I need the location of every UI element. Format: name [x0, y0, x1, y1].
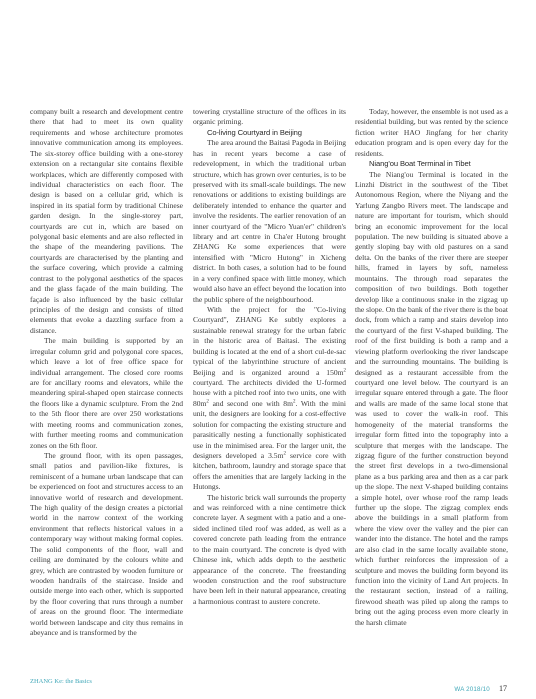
paragraph: The area around the Baitasi Pagoda in Be… [193, 138, 346, 305]
text-column-right: Today, however, the ensemble is not used… [355, 107, 508, 628]
running-footer-title: ZHANG Ke: the Basics [30, 678, 92, 685]
text-column-middle: towering crystalline structure of the of… [193, 107, 346, 607]
section-heading-niangou-boat-terminal: Niang'ou Boat Terminal in Tibet [355, 159, 508, 169]
page-number: 17 [499, 684, 507, 693]
superscript: 2 [344, 368, 347, 373]
paragraph: The ground floor, with its open passages… [30, 451, 183, 639]
paragraph: The Niang'ou Terminal is located in the … [355, 170, 508, 629]
magazine-page: company built a research and development… [0, 0, 536, 699]
text-column-left: company built a research and development… [30, 107, 183, 639]
paragraph: towering crystalline structure of the of… [193, 107, 346, 128]
text-run: With the project for the "Co-living Cour… [193, 305, 346, 377]
issue-label: WA 2018/10 [454, 686, 489, 693]
paragraph: With the project for the "Co-living Cour… [193, 305, 346, 493]
paragraph: The historic brick wall surrounds the pr… [193, 493, 346, 608]
paragraph: company built a research and development… [30, 107, 183, 336]
paragraph: The main building is supported by an irr… [30, 336, 183, 451]
text-run: and second one with 8m [209, 399, 293, 408]
section-heading-co-living-courtyard: Co-living Courtyard in Beijing [193, 128, 346, 138]
paragraph: Today, however, the ensemble is not used… [355, 107, 508, 159]
page-footer: WA 2018/10 17 [454, 676, 507, 695]
